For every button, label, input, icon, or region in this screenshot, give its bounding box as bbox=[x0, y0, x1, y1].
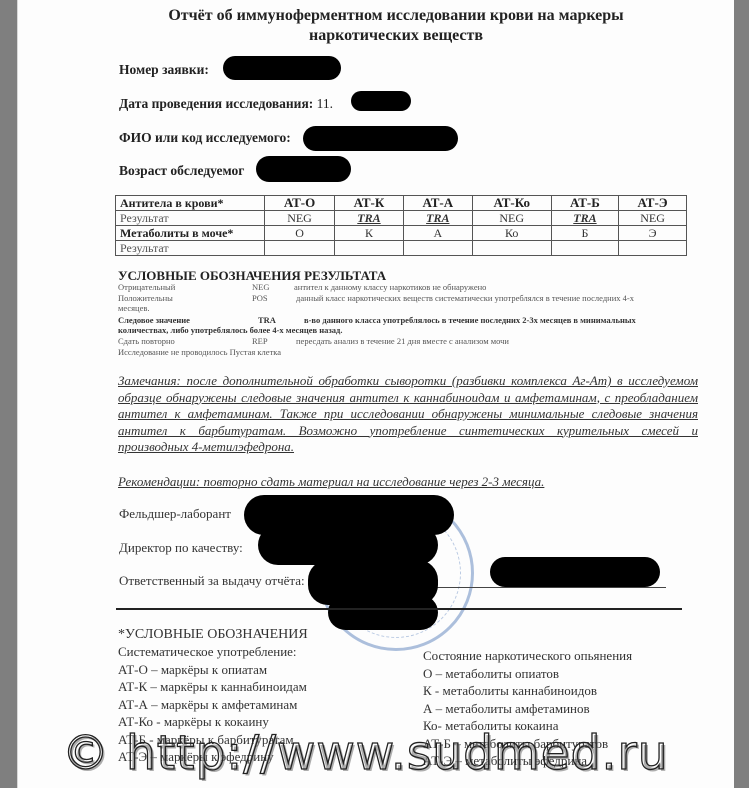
notes-item: АТ-А – маркёры к амфетаминам bbox=[118, 696, 307, 714]
legend-desc: в-во данного класса употреблялось в тече… bbox=[304, 315, 636, 326]
result-value: NEG bbox=[640, 211, 665, 225]
result-cell: NEG bbox=[265, 211, 335, 226]
column-header: АТ-О bbox=[265, 196, 335, 211]
divider-line bbox=[116, 608, 682, 610]
responsible-label: Ответственный за выдачу отчёта: bbox=[119, 573, 305, 589]
date-value: 11. bbox=[317, 96, 333, 111]
age-label: Возраст обследуемог bbox=[119, 163, 244, 179]
result-value: TRA bbox=[573, 211, 596, 225]
title-line-2: наркотических веществ bbox=[118, 26, 674, 46]
legend-code: POS bbox=[252, 293, 268, 304]
column-header: Ко bbox=[472, 226, 551, 241]
legend-code: REP bbox=[252, 336, 268, 347]
column-header: К bbox=[335, 226, 404, 241]
notes-right-heading: Состояние наркотического опьянения bbox=[423, 647, 632, 665]
result-cell bbox=[472, 241, 551, 256]
lab-technician-label: Фельдшер-лаборант bbox=[119, 506, 231, 522]
result-cell: TRA bbox=[551, 211, 618, 226]
remarks-paragraph: Замечания: после дополнительной обработк… bbox=[118, 373, 698, 456]
result-cell: TRA bbox=[403, 211, 472, 226]
result-value: NEG bbox=[287, 211, 312, 225]
result-cell: NEG bbox=[472, 211, 551, 226]
table-row: Метаболиты в моче* О К А Ко Б Э bbox=[116, 226, 687, 241]
redaction bbox=[258, 525, 438, 565]
result-value: NEG bbox=[499, 211, 524, 225]
redaction bbox=[256, 156, 351, 182]
antibody-row-label: Антитела в крови* bbox=[116, 196, 265, 211]
column-header: Б bbox=[551, 226, 618, 241]
watermark: © http://www.sudmed.ru bbox=[62, 726, 669, 781]
document-title: Отчёт об иммуноферментном исследовании к… bbox=[118, 6, 674, 46]
result-cell bbox=[551, 241, 618, 256]
column-header: АТ-Ко bbox=[472, 196, 551, 211]
legend-desc: данный класс наркотических веществ систе… bbox=[296, 293, 634, 304]
redaction bbox=[351, 91, 411, 111]
table-row: Антитела в крови* АТ-О АТ-К АТ-А АТ-Ко А… bbox=[116, 196, 687, 211]
column-header: О bbox=[265, 226, 335, 241]
metabolite-row-label: Метаболиты в моче* bbox=[116, 226, 265, 241]
result-row-label: Результат bbox=[116, 241, 265, 256]
result-cell: TRA bbox=[335, 211, 404, 226]
result-row-label: Результат bbox=[116, 211, 265, 226]
result-cell bbox=[335, 241, 404, 256]
legend-desc: пересдать анализ в течение 21 дня вместе… bbox=[296, 336, 509, 347]
notes-item: АТ-О – маркёры к опиатам bbox=[118, 661, 307, 679]
redaction bbox=[328, 595, 438, 630]
date-label: Дата проведения исследования: bbox=[119, 96, 313, 111]
notes-heading: *УСЛОВНЫЕ ОБОЗНАЧЕНИЯ bbox=[118, 626, 308, 644]
title-line-1: Отчёт об иммуноферментном исследовании к… bbox=[118, 6, 674, 26]
redaction bbox=[303, 126, 458, 151]
column-header: АТ-К bbox=[335, 196, 404, 211]
notes-item: О – метаболиты опиатов bbox=[423, 665, 632, 683]
redaction bbox=[223, 56, 341, 80]
notes-left-heading: Систематическое употребление: bbox=[118, 643, 307, 661]
result-cell: NEG bbox=[619, 211, 687, 226]
results-table: Антитела в крови* АТ-О АТ-К АТ-А АТ-Ко А… bbox=[115, 195, 687, 256]
notes-item: К - метаболиты каннабиноидов bbox=[423, 682, 632, 700]
legend-desc-cont: месяцев. bbox=[118, 303, 150, 314]
legend-name: Сдать повторно bbox=[118, 336, 175, 347]
name-label: ФИО или код исследуемого: bbox=[119, 130, 291, 146]
column-header: АТ-А bbox=[403, 196, 472, 211]
result-value: TRA bbox=[426, 211, 449, 225]
document-page: Отчёт об иммуноферментном исследовании к… bbox=[17, 0, 734, 788]
column-header: АТ-Э bbox=[619, 196, 687, 211]
director-label: Директор по качеству: bbox=[119, 540, 243, 556]
notes-item: А – метаболиты амфетаминов bbox=[423, 700, 632, 718]
legend-desc-cont: количествах, либо употреблялось более 4-… bbox=[118, 325, 342, 336]
date-field: Дата проведения исследования: 11. bbox=[119, 96, 333, 112]
request-number-label: Номер заявки: bbox=[119, 62, 209, 78]
legend-name: Отрицательный bbox=[118, 282, 175, 293]
table-row: Результат bbox=[116, 241, 687, 256]
result-value: TRA bbox=[357, 211, 380, 225]
result-cell bbox=[403, 241, 472, 256]
recommendation: Рекомендации: повторно сдать материал на… bbox=[118, 474, 544, 490]
result-cell bbox=[265, 241, 335, 256]
notes-item: АТ-К – маркёры к каннабиноидам bbox=[118, 678, 307, 696]
legend-code: NEG bbox=[252, 282, 269, 293]
legend-not-done: Исследование не проводилось Пустая клетк… bbox=[118, 347, 281, 358]
column-header: А bbox=[403, 226, 472, 241]
legend-desc: антител к данному классу наркотиков не о… bbox=[294, 282, 486, 293]
table-row: Результат NEG TRA TRA NEG TRA NEG bbox=[116, 211, 687, 226]
result-cell bbox=[619, 241, 687, 256]
redaction bbox=[490, 557, 660, 587]
column-header: Э bbox=[619, 226, 687, 241]
column-header: АТ-Б bbox=[551, 196, 618, 211]
